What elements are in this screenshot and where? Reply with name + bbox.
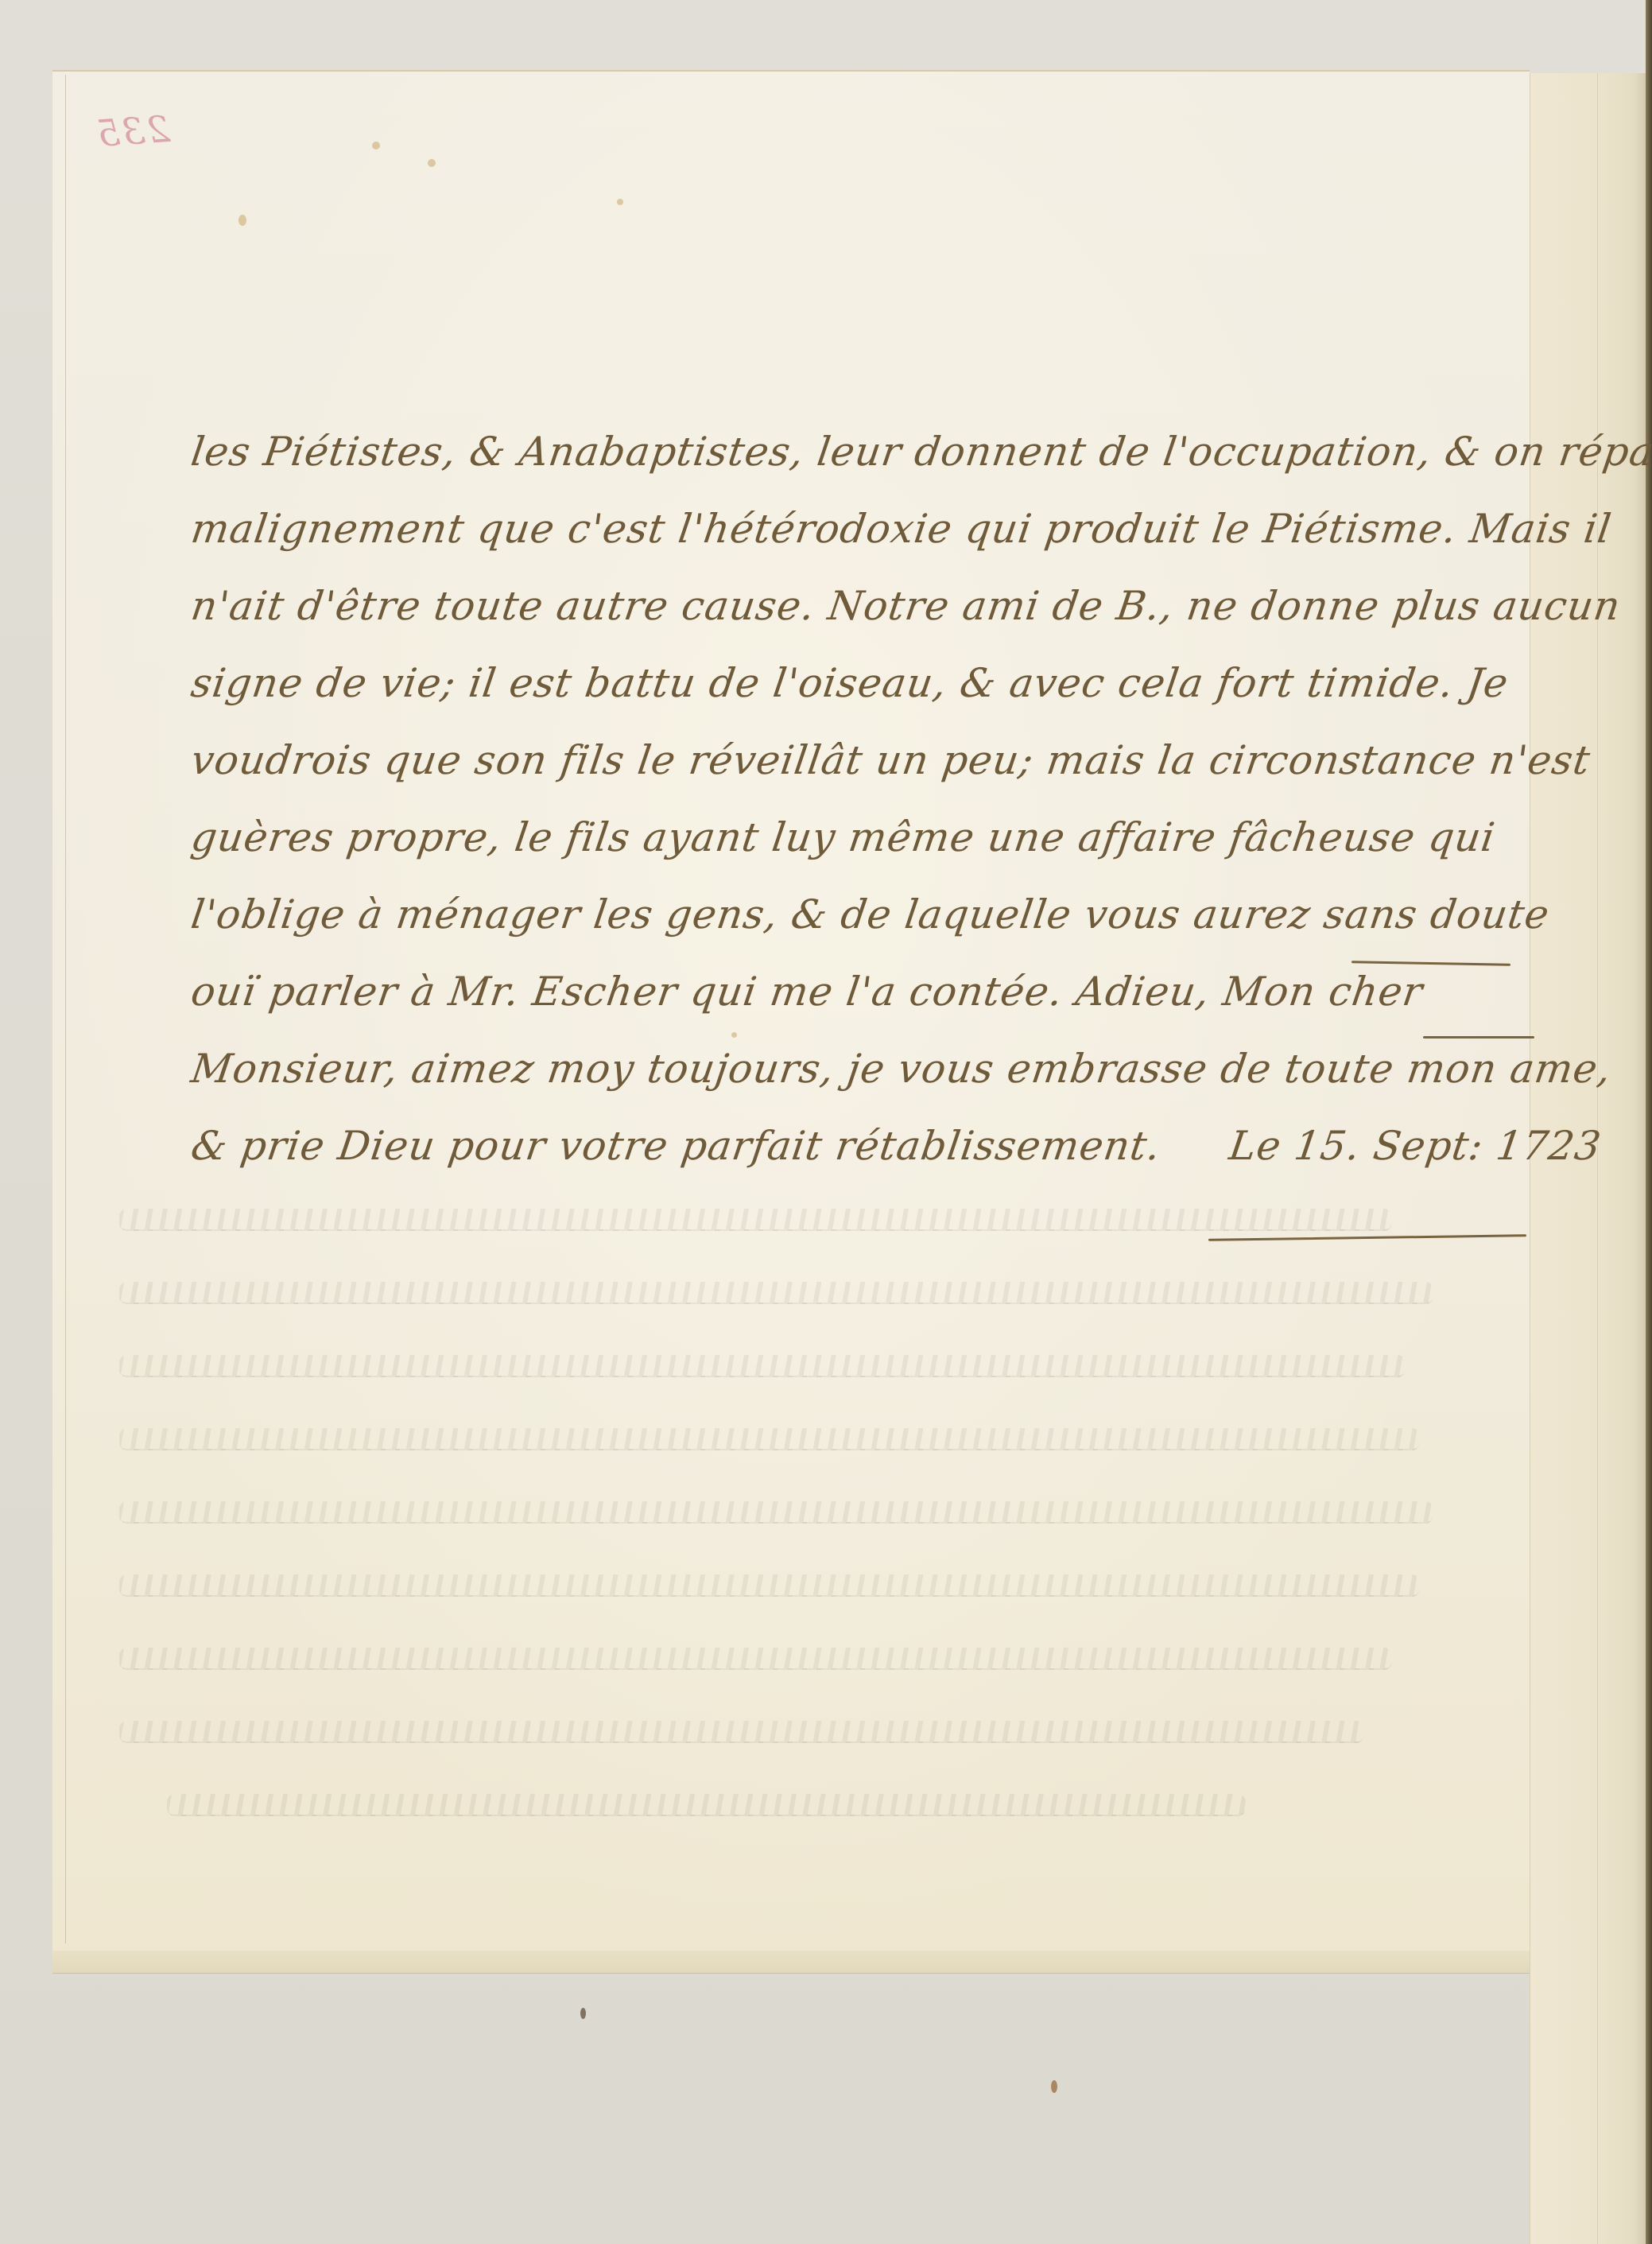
letter-line-2: malignement que c'est l'hétérodoxie qui … <box>186 491 1549 568</box>
foxing-stain <box>1051 2080 1057 2093</box>
letter-line-3: n'ait d'être toute autre cause. Notre am… <box>186 568 1549 645</box>
letter-line-5: voudrois que son fils le réveillât un pe… <box>186 722 1549 799</box>
foxing-stain <box>428 159 436 167</box>
letter-line-6: guères propre, le fils ayant luy même un… <box>186 799 1549 876</box>
letter-line-9: Monsieur, aimez moy toujours, je vous em… <box>186 1031 1549 1108</box>
letter-body: les Piétistes, & Anabaptistes, leur donn… <box>186 413 1538 1185</box>
foxing-stain <box>617 199 623 205</box>
letter-line-1: les Piétistes, & Anabaptistes, leur donn… <box>186 413 1549 491</box>
folio-number: 235 <box>94 107 171 155</box>
bleed-line <box>167 1794 1246 1816</box>
letter-line-10: & prie Dieu pour votre parfait rétabliss… <box>186 1108 1549 1185</box>
letter-line-4: signe de vie; il est battu de l'oiseau, … <box>186 645 1549 722</box>
bleed-line <box>119 1648 1392 1670</box>
flourish-line <box>1423 1036 1534 1039</box>
foxing-stain <box>580 2008 586 2019</box>
bleed-line <box>119 1574 1420 1597</box>
foxing-stain <box>372 142 380 149</box>
binding-edge <box>1646 0 1652 2244</box>
letter-line-7: l'oblige à ménager les gens, & de laquel… <box>186 876 1549 953</box>
letter-closing-text: & prie Dieu pour votre parfait rétabliss… <box>188 1123 1164 1169</box>
bleed-through-text <box>119 1209 1503 1867</box>
bleed-line <box>119 1355 1406 1377</box>
letter-line-8: ouï parler à Mr. Escher qui me l'a conté… <box>186 953 1549 1031</box>
letter-date: Le 15. Sept: 1723 <box>1224 1108 1607 1185</box>
bleed-line <box>119 1721 1364 1743</box>
sheet-bottom-fold <box>52 1951 1530 1974</box>
bleed-line <box>119 1428 1420 1450</box>
bleed-line <box>119 1282 1433 1304</box>
sheet-left-fold <box>65 75 66 1943</box>
bleed-line <box>119 1209 1392 1231</box>
foxing-stain <box>238 215 246 226</box>
bleed-line <box>119 1501 1433 1524</box>
